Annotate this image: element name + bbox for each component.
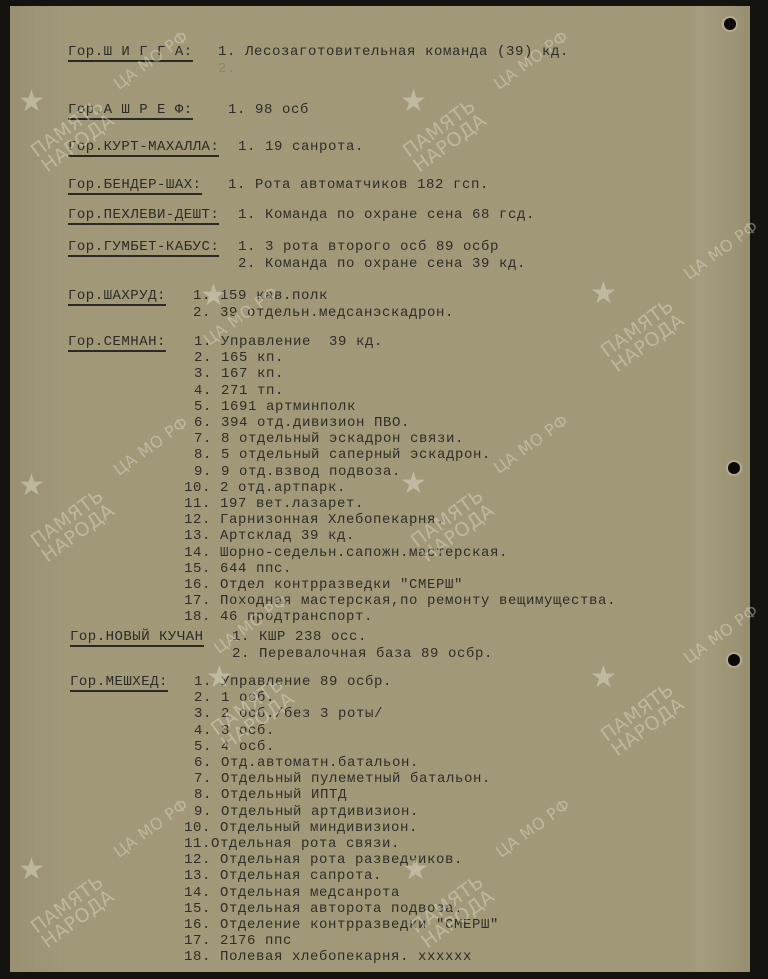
document-page: Гор.Ш И Г Г А: 1. Лесозаготовительная ко… [10,6,750,972]
list-item: 8. 5 отдельный саперный эскадрон. [194,447,491,464]
watermark-camo: ЦА МО РФ [490,411,572,478]
list-item: 10. 2 отд.артпарк. [184,480,346,497]
watermark-camo: ЦА МО РФ [492,795,574,862]
list-item: 9. 9 отд.взвод подвоза. [194,464,401,481]
list-item: 11.Отдельная рота связи. [184,836,400,853]
watermark-pamyat-naroda: ПАМЯТЬНАРОДА [598,680,688,759]
star-icon: ★ [590,660,617,695]
list-item: 1. Управление 89 осбр. [194,674,392,691]
star-icon: ★ [590,276,617,311]
watermark-pamyat-naroda: ПАМЯТЬНАРОДА [400,96,490,175]
list-item: 17. 2176 ппс [184,933,292,950]
city-heading: Гор.ГУМБЕТ-КАБУС: [68,239,219,257]
watermark-camo: ЦА МО РФ [680,601,762,668]
list-item: 6. Отд.автоматн.батальон. [194,755,419,772]
city-heading: Гор.А Ш Р Е Ф: [68,102,193,120]
list-item: 3. 167 кп. [194,366,284,383]
list-item: 1. КШР 238 осс. [232,629,367,646]
list-item: 1. 159 кав.полк [193,288,328,305]
watermark-camo: ЦА МО РФ [110,413,192,480]
list-item: 18. Полевая хлебопекарня. xxxxxx [184,949,472,966]
list-item: 13. Отдельная сапрота. [184,868,382,885]
list-item: 5. 1691 артминполк [194,399,356,416]
punch-hole-icon [728,654,740,666]
list-item: 15. 644 ппс. [184,561,292,578]
list-item: 2. 39 отдельн.медсанэскадрон. [193,305,454,322]
list-item: 1. 19 санрота. [238,139,364,156]
list-item: 7. Отдельный пулеметный батальон. [194,771,491,788]
star-icon: ★ [400,466,427,501]
list-item: 6. 394 отд.дивизион ПВО. [194,415,410,432]
list-item: 5. 4 осб. [194,739,275,756]
star-icon: ★ [400,84,427,119]
punch-hole-icon [728,462,740,474]
city-heading: Гор.БЕНДЕР-ШАХ: [68,177,202,195]
list-item: 14. Отдельная медсанрота [184,885,400,902]
city-heading: Гор.НОВЫЙ КУЧАН [70,629,204,647]
list-item: 2. [218,61,236,78]
list-item: 1. Управление 39 кд. [194,334,383,351]
star-icon: ★ [18,84,45,119]
list-item: 1. 3 рота второго осб 89 осбр [238,239,499,256]
list-item: 10. Отдельный миндивизион. [184,820,418,837]
list-item: 2. Команда по охране сена 39 кд. [238,256,526,273]
list-item: 2. Перевалочная база 89 осбр. [232,646,493,663]
list-item: 7. 8 отдельный эскадрон связи. [194,431,464,448]
city-heading: Гор.ШАХРУД: [68,288,166,306]
list-item: 13. Артсклад 39 кд. [184,528,355,545]
city-heading: Гор.МЕШХЕД: [70,674,168,692]
watermark-pamyat-naroda: ПАМЯТЬНАРОДА [28,872,118,951]
list-item: 3. 2 осб./без 3 роты/ [194,706,383,723]
star-icon: ★ [18,852,45,887]
list-item: 12. Гарнизонная Хлебопекарня. [184,512,445,529]
list-item: 14. Шорно-седельн.сапожн.мастерская. [184,545,508,562]
list-item: 15. Отдельная авторота подвоза. [184,901,463,918]
watermark-camo: ЦА МО РФ [110,795,192,862]
watermark-pamyat-naroda: ПАМЯТЬНАРОДА [28,486,118,565]
list-item: 4. 3 осб. [194,723,275,740]
list-item: 12. Отдельная рота разведчиков. [184,852,463,869]
list-item: 16. Отделение контрразведки "СМЕРШ" [184,917,499,934]
list-item: 2. 1 осб. [194,690,275,707]
list-item: 17. Походная мастерская,по ремонту вещим… [184,593,616,610]
list-item: 1. 98 осб [228,102,309,119]
watermark-pamyat-naroda: ПАМЯТЬНАРОДА [598,296,688,375]
punch-hole-icon [724,18,736,30]
list-item: 9. Отдельный артдивизион. [194,804,419,821]
city-heading: Гор.Ш И Г Г А: [68,44,193,62]
list-item: 18. 46 продтранспорт. [184,609,373,626]
list-item: 2. 165 кп. [194,350,284,367]
list-item: 1. Лесозаготовительная команда (39) кд. [218,44,569,61]
city-heading: Гор.СЕМНАН: [68,334,166,352]
star-icon: ★ [18,468,45,503]
list-item: 1. Рота автоматчиков 182 гсп. [228,177,489,194]
list-item: 8. Отдельный ИПТД [194,787,347,804]
city-heading: Гор.ПЕХЛЕВИ-ДЕШТ: [68,207,219,225]
list-item: 16. Отдел контрразведки "СМЕРШ" [184,577,463,594]
watermark-camo: ЦА МО РФ [680,217,762,284]
list-item: 11. 197 вет.лазарет. [184,496,364,513]
city-heading: Гор.КУРТ-МАХАЛЛА: [68,139,219,157]
list-item: 4. 271 тп. [194,383,284,400]
list-item: 1. Команда по охране сена 68 гсд. [238,207,535,224]
